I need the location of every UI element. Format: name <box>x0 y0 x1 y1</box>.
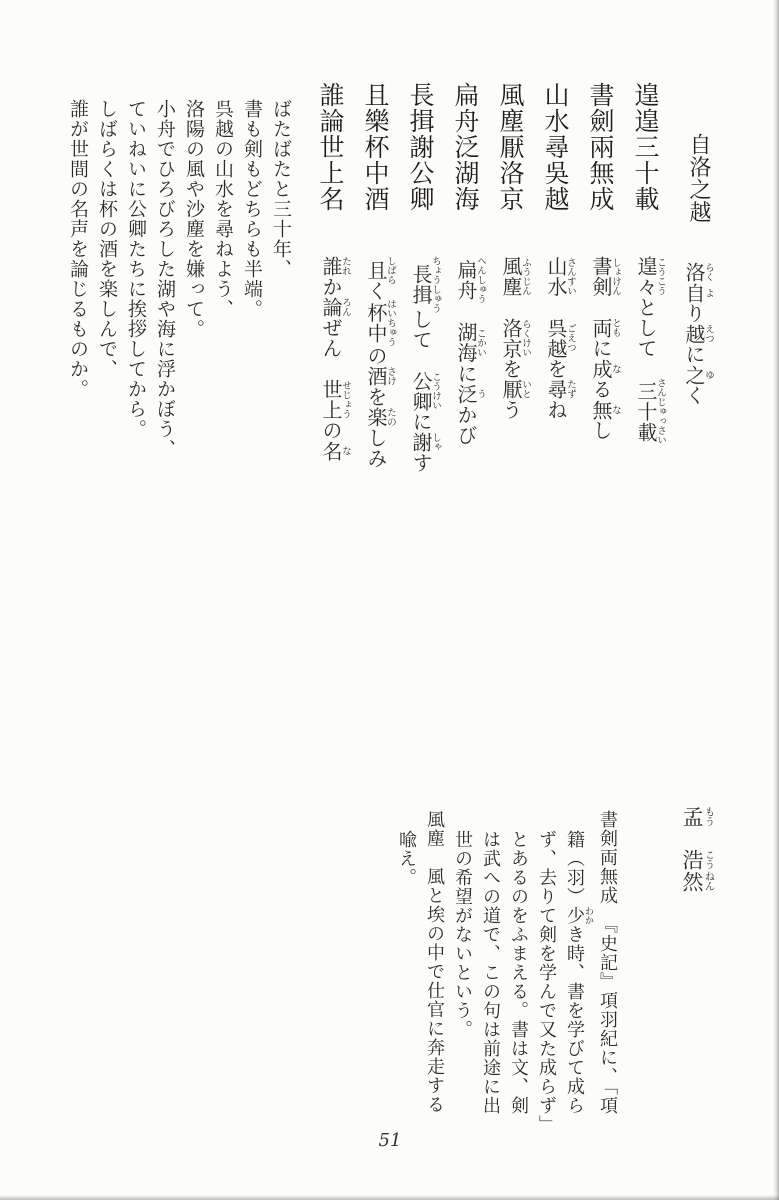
poem-line: 遑遑三十載 <box>622 82 667 232</box>
poem-line: 誰論世上名 <box>307 82 352 232</box>
translation-section: ばたばたと三十年、 書も剣もどちらも半端。 呉越の山水を尋ねよう、 洛陽の風や沙… <box>63 99 295 474</box>
note-line: は武への道で、この句は前途に出 <box>477 810 505 1145</box>
poem-line: 長揖謝公卿 <box>397 82 442 232</box>
translation-line: 誰が世間の名声を論じるものか。 <box>63 99 92 474</box>
scan-edge-bottom <box>0 1195 779 1200</box>
poem-line: 書劍兩無成 <box>577 82 622 232</box>
poem-section: 遑遑三十載 書劍兩無成 山水尋吳越 風塵厭洛京 扁舟泛湖海 長揖謝公卿 且樂杯中… <box>307 82 667 232</box>
translation-line: 小舟でひろびろした湖や海に浮かぼう、 <box>150 99 179 474</box>
poem-line: 山水尋吳越 <box>532 82 577 232</box>
note-line: 喩え。 <box>393 810 421 1145</box>
poem-title: 自洛之越 <box>684 133 715 223</box>
page-number: 51 <box>355 1130 425 1151</box>
note-line: とあるのをふまえる。書は文、剣 <box>505 810 533 1145</box>
translation-line: 洛陽の風や沙塵を嫌って。 <box>179 99 208 474</box>
note-line: 風塵 風と埃の中で仕官に奔走する <box>421 810 449 1145</box>
reading-line: 風塵ふうじん 洛京らくけいを厭いとう <box>487 256 532 481</box>
book-page: 自洛之越 遑遑三十載 書劍兩無成 山水尋吳越 風塵厭洛京 扁舟泛湖海 長揖謝公卿… <box>0 0 779 1200</box>
note-entry: 書剣両無成 『史記』項羽紀に、「項 籍（羽）少わかき時、書を学びて成ら ず、去り… <box>449 810 622 1150</box>
reading-line: 書剣しょけん 両ともに成なる無なし <box>577 256 622 481</box>
note-line: 書剣両無成 『史記』項羽紀に、「項 <box>594 810 622 1145</box>
poem-line: 風塵厭洛京 <box>487 82 532 232</box>
translation-line: 書も剣もどちらも半端。 <box>237 99 266 474</box>
reading-line: 遑々こうこうとして 三十載さんじゅっさい <box>622 256 667 481</box>
reading-title-line: 洛らく自より越えつに之ゆく <box>679 262 713 406</box>
poem-line: 且樂杯中酒 <box>352 82 397 232</box>
reading-line: 山水さんすい 呉越ごえつを尋たずね <box>532 256 577 481</box>
reading-line: 長揖ちょうしゅうして 公卿こうけいに謝しゃす <box>397 256 442 481</box>
translation-line: ていねいに公卿たちに挨拶してから。 <box>121 99 150 474</box>
reading-line: 扁舟へんしゅう 湖海こかいに泛うかび <box>442 256 487 481</box>
translation-line: ばたばたと三十年、 <box>266 99 295 474</box>
notes-section: 書剣両無成 『史記』項羽紀に、「項 籍（羽）少わかき時、書を学びて成ら ず、去り… <box>393 810 622 1150</box>
reading-section: 遑々こうこうとして 三十載さんじゅっさい 書剣しょけん 両ともに成なる無なし 山… <box>307 256 667 481</box>
poem-line: 扁舟泛湖海 <box>442 82 487 232</box>
translation-line: しばらくは杯の酒を楽しんで、 <box>92 99 121 474</box>
note-line: 籍（羽）少わかき時、書を学びて成ら <box>561 810 594 1145</box>
note-line: ず、去りて剣を学んで又た成らず」 <box>533 810 561 1145</box>
reading-line: 且しばらく杯中はいちゅうの酒さけを楽たのしみ <box>352 256 397 481</box>
note-entry: 風塵 風と埃の中で仕官に奔走する 喩え。 <box>393 810 449 1150</box>
reading-line: 誰たれか論ろんぜん 世上せじょうの名な <box>307 256 352 481</box>
author-name: 孟もう 浩こう然ねん <box>677 806 713 892</box>
translation-line: 呉越の山水を尋ねよう、 <box>208 99 237 474</box>
note-line: 世の希望がないという。 <box>449 810 477 1145</box>
scan-edge-right <box>773 0 779 1200</box>
